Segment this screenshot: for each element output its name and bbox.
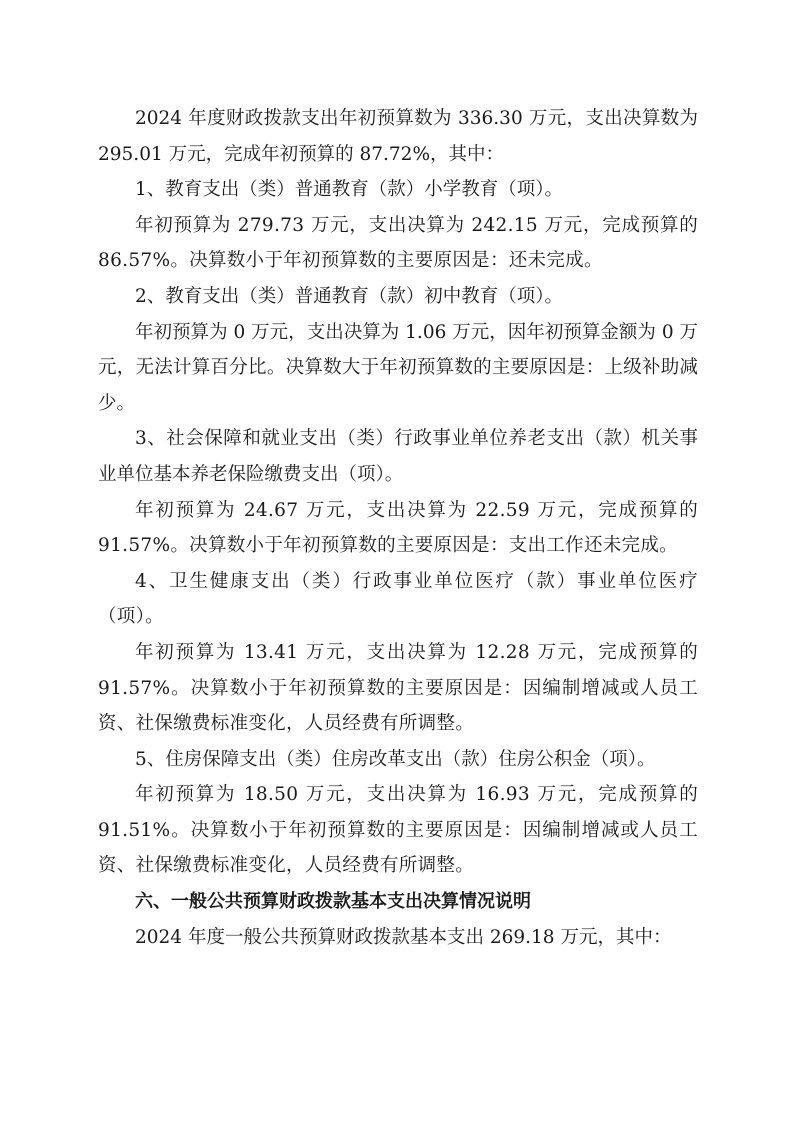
section-summary: 2024 年度一般公共预算财政拨款基本支出 269.18 万元，其中：	[98, 920, 698, 956]
document-page: 2024 年度财政拨款支出年初预算数为 336.30 万元，支出决算数为 295…	[98, 101, 698, 955]
item-2-detail: 年初预算为 0 万元，支出决算为 1.06 万元，因年初预算金额为 0 万元，无…	[98, 315, 698, 422]
item-5-detail: 年初预算为 18.50 万元，支出决算为 16.93 万元，完成预算的 91.5…	[98, 777, 698, 884]
item-4-title: 4、卫生健康支出（类）行政事业单位医疗（款）事业单位医疗（项）。	[98, 564, 698, 635]
item-5-title: 5、住房保障支出（类）住房改革支出（款）住房公积金（项）。	[98, 742, 698, 778]
item-2-title: 2、教育支出（类）普通教育（款）初中教育（项）。	[98, 279, 698, 315]
item-4-detail: 年初预算为 13.41 万元，支出决算为 12.28 万元，完成预算的 91.5…	[98, 635, 698, 742]
item-3-detail: 年初预算为 24.67 万元，支出决算为 22.59 万元，完成预算的 91.5…	[98, 493, 698, 564]
section-heading: 六、一般公共预算财政拨款基本支出决算情况说明	[98, 884, 698, 920]
item-3-title: 3、社会保障和就业支出（类）行政事业单位养老支出（款）机关事业单位基本养老保险缴…	[98, 421, 698, 492]
item-1-title: 1、教育支出（类）普通教育（款）小学教育（项）。	[98, 172, 698, 208]
summary-paragraph: 2024 年度财政拨款支出年初预算数为 336.30 万元，支出决算数为 295…	[98, 101, 698, 172]
item-1-detail: 年初预算为 279.73 万元，支出决算为 242.15 万元，完成预算的 86…	[98, 208, 698, 279]
